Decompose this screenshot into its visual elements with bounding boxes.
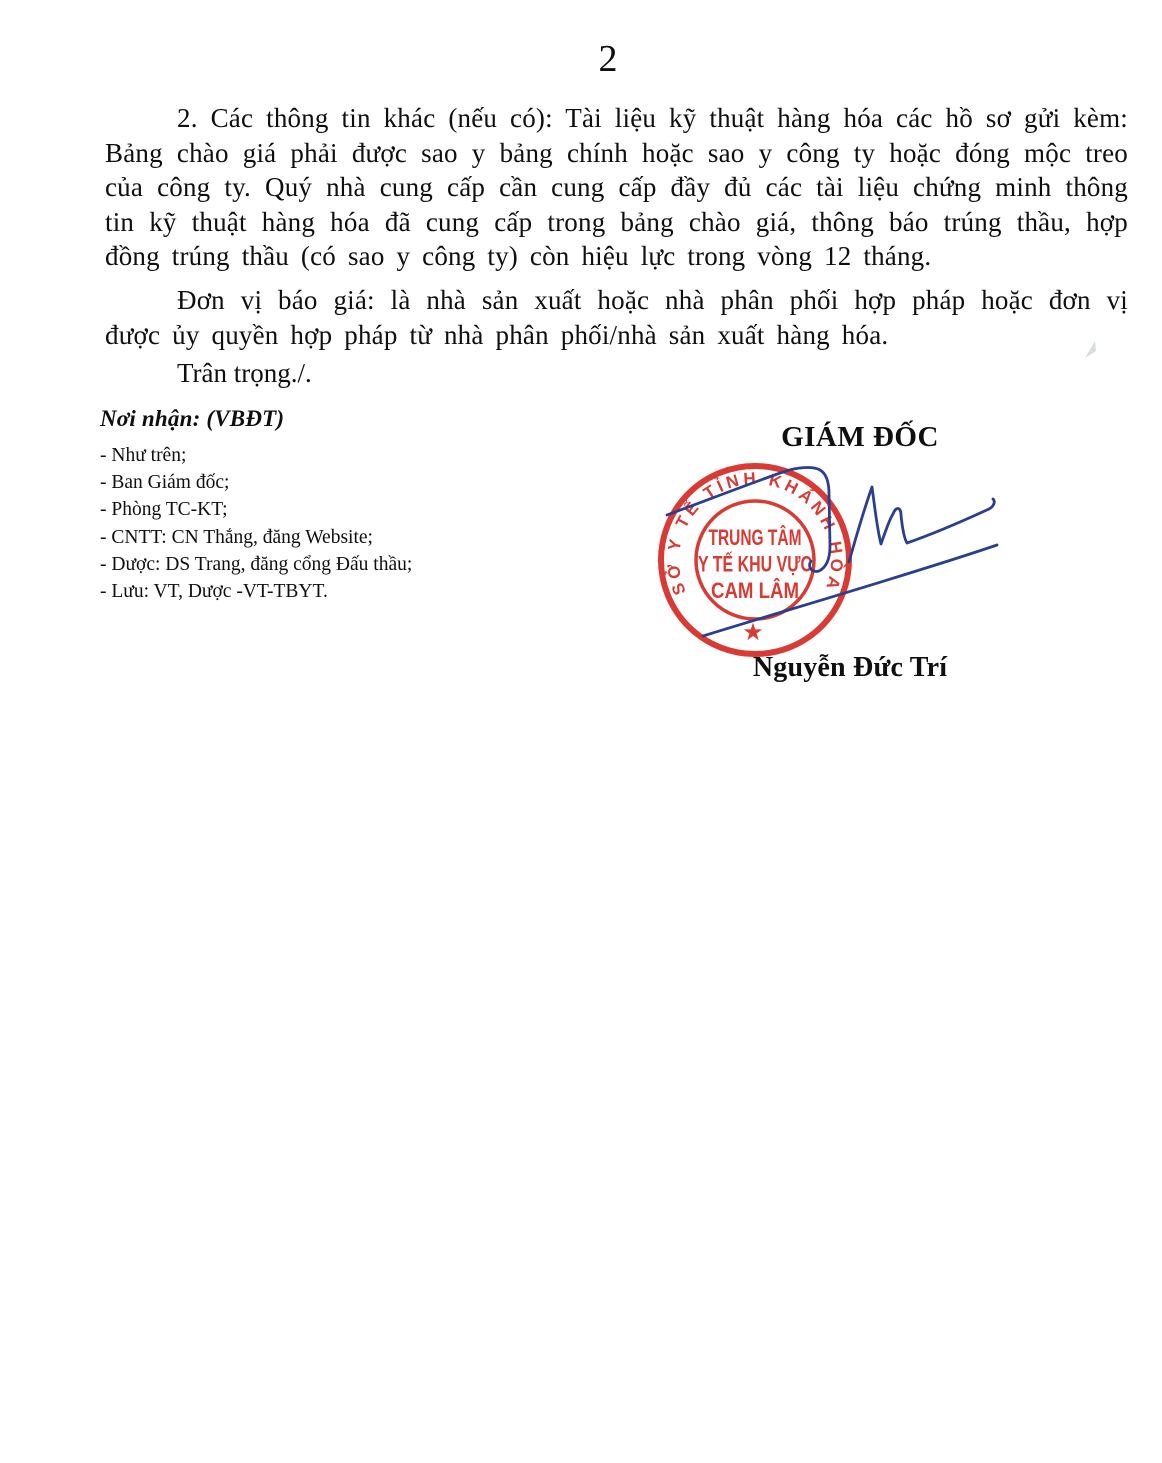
recipient-item: - Phòng TC-KT; <box>100 496 412 523</box>
stamp-and-signature: SỞ Y TẾ TỈNH KHÁNH HÒA TRUNG TÂM Y TẾ KH… <box>615 428 1045 673</box>
recipients-header: Nơi nhận: (VBĐT) <box>100 404 412 434</box>
recipient-item: - CNTT: CN Thắng, đăng Website; <box>100 524 412 551</box>
stamp-center-line-1: TRUNG TÂM <box>709 525 802 550</box>
stamp-center-line-2: Y TẾ KHU VỰC <box>698 552 812 577</box>
recipient-item: - Lưu: VT, Dược -VT-TBYT. <box>100 578 412 605</box>
scan-artifact-mark <box>1085 341 1096 358</box>
closing-salutation: Trân trọng./. <box>177 356 312 390</box>
recipients-block: Nơi nhận: (VBĐT) - Như trên; - Ban Giám … <box>100 404 412 605</box>
stamp-center-line-3: CAM LÂM <box>711 578 799 603</box>
page-number: 2 <box>54 40 1162 78</box>
signature-stroke-zigzag <box>849 487 994 562</box>
paragraph-other-info: 2. Các thông tin khác (nếu có): Tài liệu… <box>105 101 1128 274</box>
document-page: 2 2. Các thông tin khác (nếu có): Tài li… <box>0 0 1162 1463</box>
official-stamp: SỞ Y TẾ TỈNH KHÁNH HÒA TRUNG TÂM Y TẾ KH… <box>661 466 849 654</box>
recipient-item: - Như trên; <box>100 442 412 469</box>
recipient-item: - Ban Giám đốc; <box>100 469 412 496</box>
recipient-item: - Dược: DS Trang, đăng cổng Đấu thầu; <box>100 551 412 578</box>
signer-name: Nguyễn Đức Trí <box>748 651 952 685</box>
scan-artifact <box>1082 338 1102 362</box>
paragraph-quote-unit: Đơn vị báo giá: là nhà sản xuất hoặc nhà… <box>105 283 1128 352</box>
